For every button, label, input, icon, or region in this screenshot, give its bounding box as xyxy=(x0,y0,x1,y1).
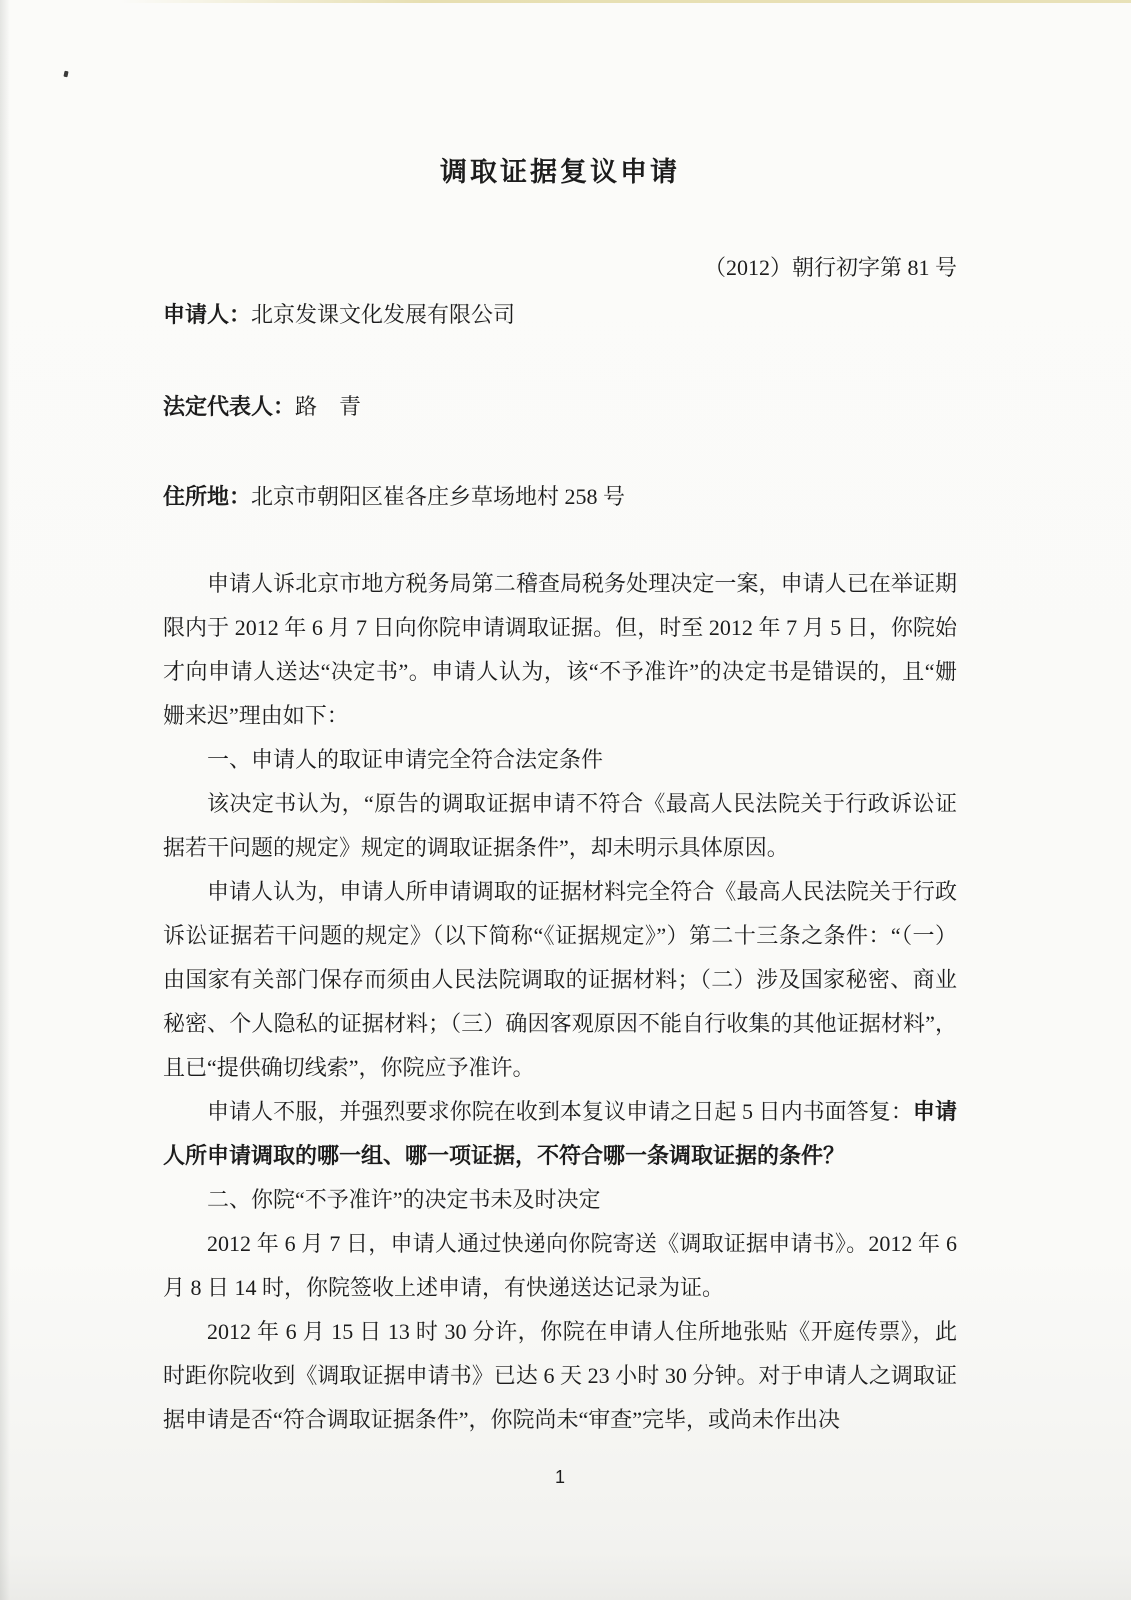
applicant-label: 申请人： xyxy=(163,302,251,327)
document-title: 调取证据复议申请 xyxy=(163,150,957,189)
applicant-value: 北京发课文化发展有限公司 xyxy=(251,302,515,327)
page-number: 1 xyxy=(163,1467,957,1488)
case-number: （2012）朝行初字第 81 号 xyxy=(163,251,957,282)
legal-representative-line: 法定代表人：路 青 xyxy=(163,390,957,421)
applicant-line: 申请人：北京发课文化发展有限公司 xyxy=(163,298,957,329)
body-paragraph-1-2: 申请人认为，申请人所申请调取的证据材料完全符合《最高人民法院关于行政诉讼证据若干… xyxy=(163,870,957,1090)
scan-speck xyxy=(63,71,68,78)
section-heading-2: 二、你院“不予准许”的决定书未及时决定 xyxy=(163,1178,957,1222)
section-heading-1: 一、申请人的取证申请完全符合法定条件 xyxy=(163,738,957,782)
body-paragraph-1-3-normal: 申请人不服，并强烈要求你院在收到本复议申请之日起 5 日内书面答复： xyxy=(207,1099,913,1124)
scanned-document-page: 调取证据复议申请 （2012）朝行初字第 81 号 申请人：北京发课文化发展有限… xyxy=(0,0,1131,1600)
legal-representative-value: 路 青 xyxy=(295,394,361,419)
body-paragraph-1-1: 该决定书认为，“原告的调取证据申请不符合《最高人民法院关于行政诉讼证据若干问题的… xyxy=(163,782,957,870)
address-value: 北京市朝阳区崔各庄乡草场地村 258 号 xyxy=(251,484,625,509)
scan-edge-artifact-top xyxy=(120,0,1131,3)
scan-edge-artifact-left xyxy=(0,0,10,1600)
address-line: 住所地：北京市朝阳区崔各庄乡草场地村 258 号 xyxy=(163,480,957,511)
body-paragraph-2-2: 2012 年 6 月 15 日 13 时 30 分许，你院在申请人住所地张贴《开… xyxy=(163,1310,957,1442)
body-paragraph-2-1: 2012 年 6 月 7 日，申请人通过快递向你院寄送《调取证据申请书》。201… xyxy=(163,1222,957,1310)
address-label: 住所地： xyxy=(163,484,251,509)
legal-representative-label: 法定代表人： xyxy=(163,394,295,419)
body-paragraph-intro: 申请人诉北京市地方税务局第二稽查局税务处理决定一案，申请人已在举证期限内于 20… xyxy=(163,562,957,738)
document-body: 申请人诉北京市地方税务局第二稽查局税务处理决定一案，申请人已在举证期限内于 20… xyxy=(163,562,957,1442)
body-paragraph-1-3: 申请人不服，并强烈要求你院在收到本复议申请之日起 5 日内书面答复：申请人所申请… xyxy=(163,1090,957,1178)
